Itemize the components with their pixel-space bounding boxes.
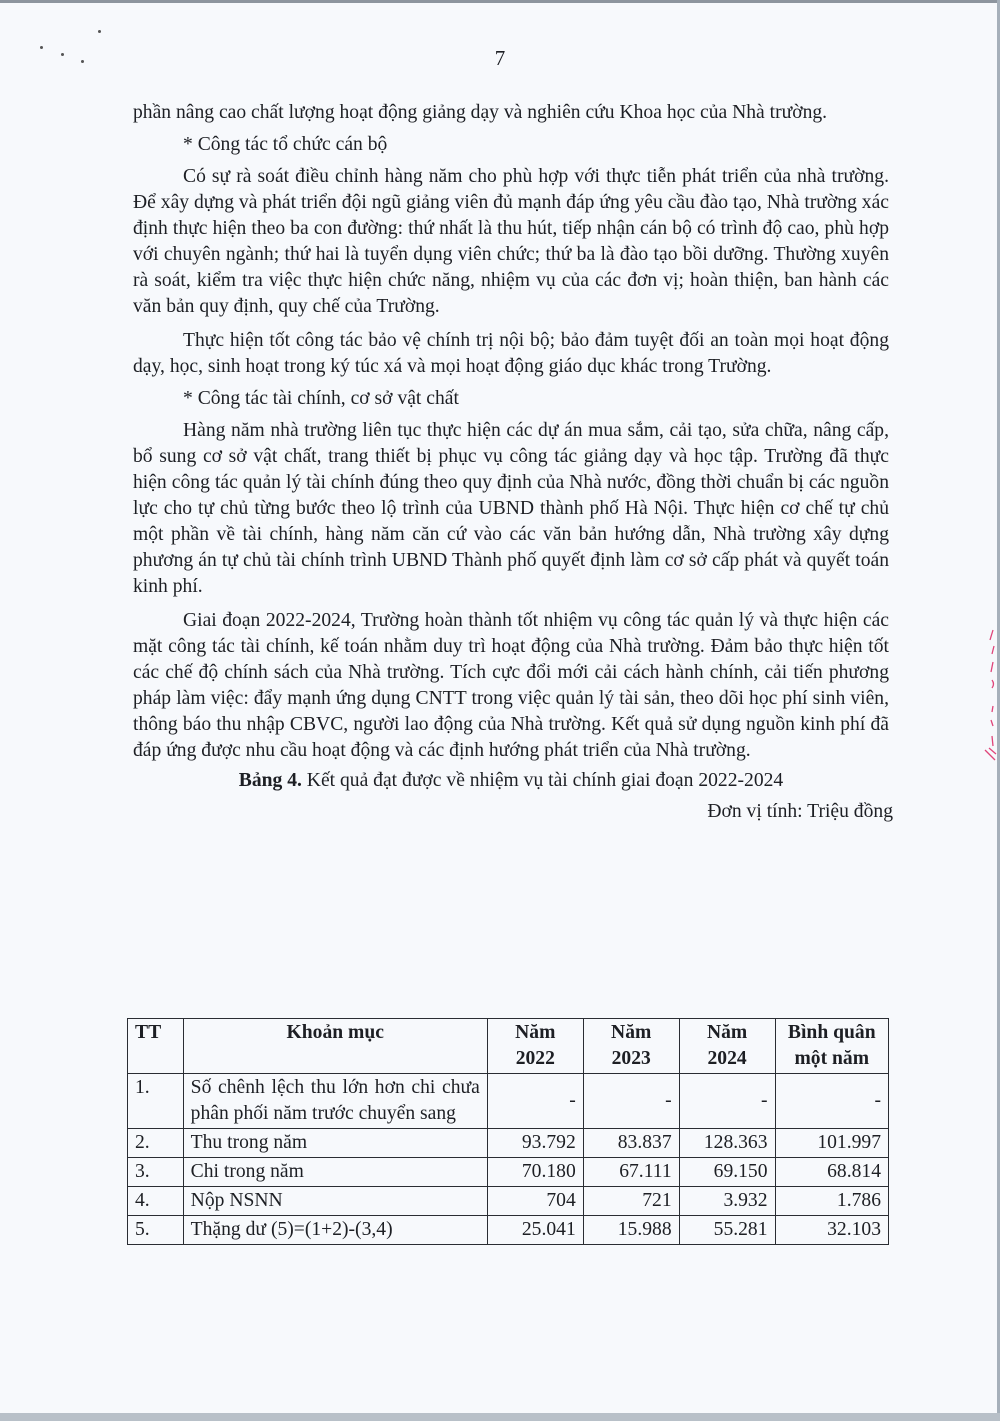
scan-edge-bottom [0,1413,1000,1421]
cell-2023: - [583,1074,679,1129]
table-caption-label: Bảng 4. [239,770,302,791]
document-body: phần nâng cao chất lượng hoạt động giảng… [133,100,889,824]
table-row: 5.Thặng dư (5)=(1+2)-(3,4)25.04115.98855… [128,1216,889,1245]
row-item: Thặng dư (5)=(1+2)-(3,4) [183,1216,487,1245]
cell-2022: 93.792 [487,1129,583,1158]
scan-edge-top [0,0,1000,3]
cell-2022: 25.041 [487,1216,583,1245]
cell-2023: 721 [583,1187,679,1216]
row-number: 2. [128,1129,184,1158]
cell-average: 101.997 [775,1129,888,1158]
finance-table: TT Khoản mục Năm 2022 Năm 2023 Năm 2024 … [127,1018,889,1245]
cell-2024: 69.150 [679,1158,775,1187]
table-row: 4.Nộp NSNN7047213.9321.786 [128,1187,889,1216]
header-2022: Năm 2022 [487,1019,583,1074]
cell-2022: 70.180 [487,1158,583,1187]
cell-2022: - [487,1074,583,1129]
cell-2024: 128.363 [679,1129,775,1158]
paragraph-continuation: phần nâng cao chất lượng hoạt động giảng… [133,100,889,126]
row-item: Nộp NSNN [183,1187,487,1216]
table-unit: Đơn vị tính: Triệu đồng [133,800,893,824]
row-item: Số chênh lệch thu lớn hơn chi chưa phân … [183,1074,487,1129]
cell-2023: 83.837 [583,1129,679,1158]
scan-speck [98,30,101,33]
cell-2023: 67.111 [583,1158,679,1187]
header-2024: Năm 2024 [679,1019,775,1074]
paragraph-staff-review: Có sự rà soát điều chỉnh hàng năm cho ph… [133,164,889,320]
cell-2024: - [679,1074,775,1129]
header-item: Khoản mục [183,1019,487,1074]
header-average: Bình quân một năm [775,1019,888,1074]
paragraph-security: Thực hiện tốt công tác bảo vệ chính trị … [133,328,889,380]
header-tt: TT [128,1019,184,1074]
table-header-row: TT Khoản mục Năm 2022 Năm 2023 Năm 2024 … [128,1019,889,1074]
section-heading-staff: * Công tác tổ chức cán bộ [133,132,889,158]
table-row: 2.Thu trong năm93.79283.837128.363101.99… [128,1129,889,1158]
cell-average: - [775,1074,888,1129]
section-heading-finance: * Công tác tài chính, cơ sở vật chất [133,386,889,412]
row-item: Thu trong năm [183,1129,487,1158]
table-row: 1.Số chênh lệch thu lớn hơn chi chưa phâ… [128,1074,889,1129]
handwritten-margin-mark [983,628,997,763]
cell-average: 68.814 [775,1158,888,1187]
cell-2022: 704 [487,1187,583,1216]
cell-2024: 55.281 [679,1216,775,1245]
row-number: 3. [128,1158,184,1187]
cell-2024: 3.932 [679,1187,775,1216]
row-number: 5. [128,1216,184,1245]
cell-2023: 15.988 [583,1216,679,1245]
row-item: Chi trong năm [183,1158,487,1187]
table-caption-text: Kết quả đạt được về nhiệm vụ tài chính g… [302,770,783,791]
paragraph-finance-results: Giai đoạn 2022-2024, Trường hoàn thành t… [133,608,889,764]
cell-average: 32.103 [775,1216,888,1245]
row-number: 1. [128,1074,184,1129]
paragraph-facilities: Hàng năm nhà trường liên tục thực hiện c… [133,418,889,600]
table-caption: Bảng 4. Kết quả đạt được về nhiệm vụ tài… [133,768,889,794]
cell-average: 1.786 [775,1187,888,1216]
page-number: 7 [0,46,1000,71]
header-2023: Năm 2023 [583,1019,679,1074]
table-row: 3.Chi trong năm70.18067.11169.15068.814 [128,1158,889,1187]
row-number: 4. [128,1187,184,1216]
